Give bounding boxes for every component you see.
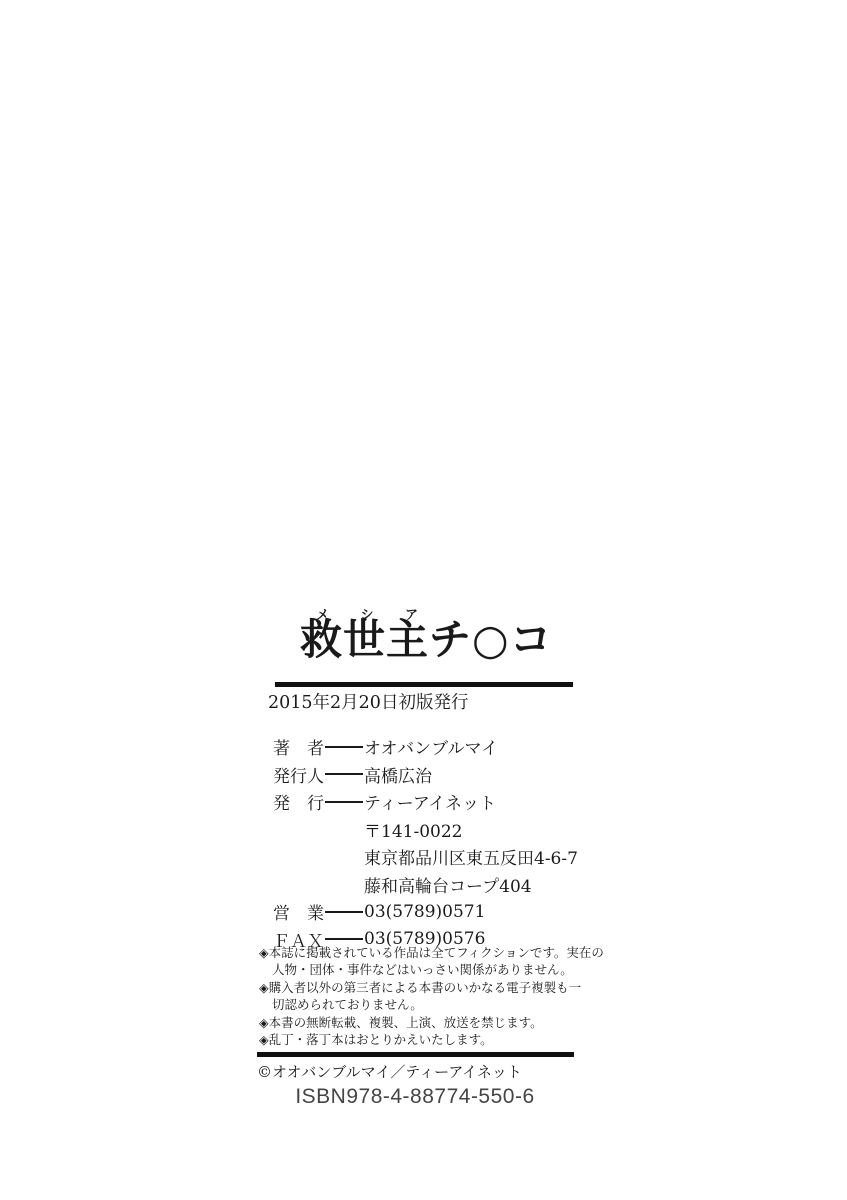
address-line-street: 東京都品川区東五反田4-6-7 bbox=[273, 843, 578, 871]
publisher-block: 著 者 オオバンブルマイ 発行人 高橋広治 発 行 ティーアイネット 〒141-… bbox=[273, 733, 578, 953]
credit-row-publisher: 発 行 ティーアイネット bbox=[273, 788, 578, 816]
credit-value: ティーアイネット bbox=[364, 789, 496, 814]
copyright-line: ©オオバンブルマイ／ティーアイネット bbox=[257, 1061, 522, 1082]
building-address: 藤和高輪台コープ404 bbox=[364, 872, 532, 897]
credit-value: 高橋広治 bbox=[364, 762, 432, 787]
title-divider-rule bbox=[275, 682, 573, 687]
dash-connector bbox=[325, 938, 363, 940]
book-title: 救世主チ○コ bbox=[300, 614, 553, 667]
legal-notices: ◈本誌に掲載されている作品は全てフィクションです。実在の 人物・団体・事件などは… bbox=[259, 944, 604, 1048]
credit-label: 発 行 bbox=[273, 789, 325, 814]
notice-line: 切認められておりません。 bbox=[259, 996, 604, 1013]
notice-line: ◈本書の無断転載、複製、上演、放送を禁じます。 bbox=[259, 1014, 604, 1031]
credit-row-publisher-person: 発行人 高橋広治 bbox=[273, 761, 578, 789]
contact-label: 営 業 bbox=[273, 899, 325, 924]
dash-connector bbox=[325, 746, 363, 748]
bottom-divider-rule bbox=[257, 1052, 574, 1057]
edition-date: 2015年2月20日初版発行 bbox=[268, 689, 468, 714]
credit-label: 著 者 bbox=[273, 734, 325, 759]
colophon-page: メ シ ア 救世主チ○コ 2015年2月20日初版発行 著 者 オオバンブルマイ… bbox=[0, 0, 847, 1200]
notice-line: ◈乱丁・落丁本はおとりかえいたします。 bbox=[259, 1031, 604, 1048]
notice-line: 人物・団体・事件などはいっさい関係がありません。 bbox=[259, 961, 604, 978]
dash-connector bbox=[325, 801, 363, 803]
address-line-building: 藤和高輪台コープ404 bbox=[273, 871, 578, 899]
notice-line: ◈本誌に掲載されている作品は全てフィクションです。実在の bbox=[259, 944, 604, 961]
credit-row-author: 著 者 オオバンブルマイ bbox=[273, 733, 578, 761]
notice-line: ◈購入者以外の第三者による本書のいかなる電子複製も一 bbox=[259, 979, 604, 996]
isbn-number: ISBN978-4-88774-550-6 bbox=[0, 1085, 830, 1109]
dash-connector bbox=[325, 773, 363, 775]
street-address: 東京都品川区東五反田4-6-7 bbox=[364, 844, 578, 869]
postal-code: 〒141-0022 bbox=[364, 817, 462, 842]
credit-label: 発行人 bbox=[273, 762, 325, 787]
credit-value: オオバンブルマイ bbox=[364, 734, 498, 759]
dash-connector bbox=[325, 911, 363, 913]
address-line-postal: 〒141-0022 bbox=[273, 816, 578, 844]
contact-row-sales: 営 業 03(5789)0571 bbox=[273, 898, 578, 926]
sales-phone-number: 03(5789)0571 bbox=[364, 902, 485, 922]
